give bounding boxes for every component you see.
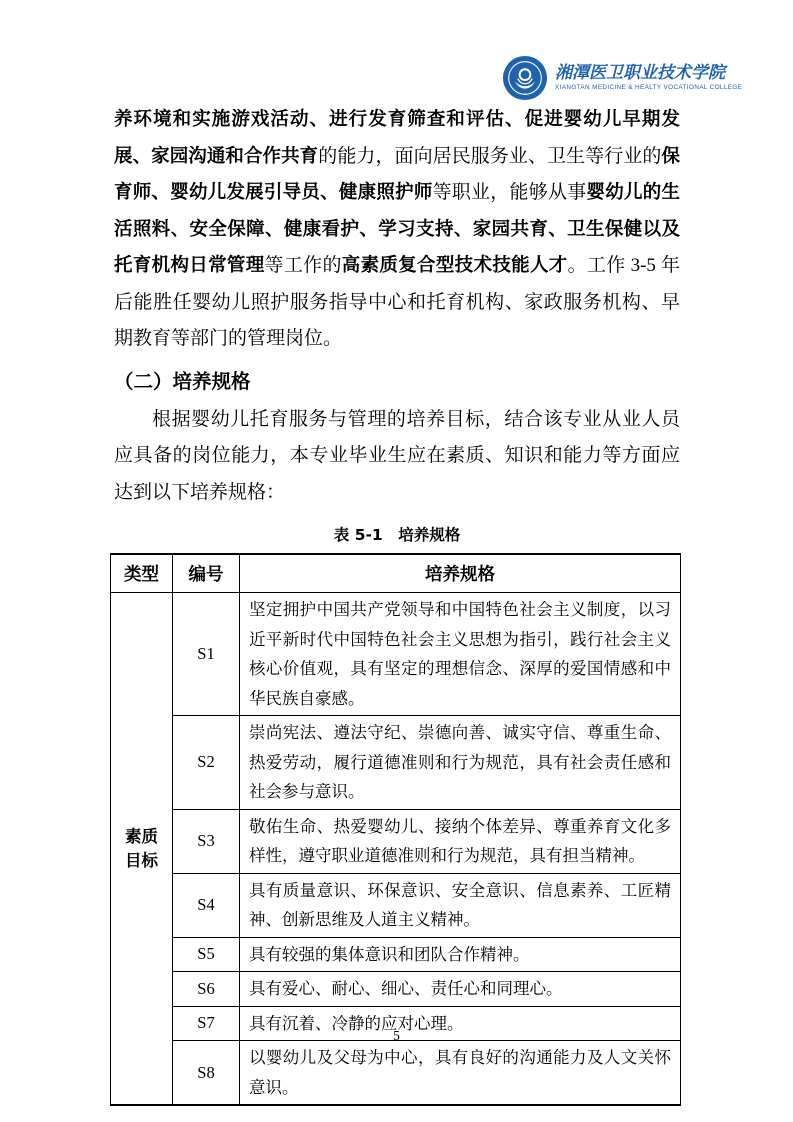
spec-code-cell: S5 [173, 937, 240, 972]
table-caption: 表 5-1 培养规格 [114, 523, 680, 545]
table-row: S6具有爱心、耐心、细心、责任心和同理心。 [111, 972, 681, 1007]
college-name-block: 湘潭医卫职业技术学院 XIANGTAN MEDICINE & HEALTY VO… [555, 65, 742, 92]
college-emblem-icon [502, 55, 548, 101]
specs-intro-paragraph: 根据婴幼儿托育服务与管理的培养目标，结合该专业从业人员应具备的岗位能力，本专业毕… [114, 402, 680, 512]
document-page: 湘潭医卫职业技术学院 XIANGTAN MEDICINE & HEALTY VO… [0, 0, 793, 1122]
college-name-zh: 湘潭医卫职业技术学院 [555, 65, 742, 83]
table-row: 素质目标S1坚定拥护中国共产党领导和中国特色社会主义制度，以习近平新时代中国特色… [111, 593, 681, 716]
college-logo: 湘潭医卫职业技术学院 XIANGTAN MEDICINE & HEALTY VO… [502, 55, 742, 101]
table-row: S3敬佑生命、热爱婴幼儿、接纳个体差异、尊重养育文化多样性，遵守职业道德准则和行… [111, 809, 681, 873]
spec-text-cell: 具有质量意识、环保意识、安全意识、信息素养、工匠精神、创新思维及人道主义精神。 [240, 873, 681, 937]
section-heading: （二）培养规格 [114, 366, 680, 398]
spec-code-cell: S4 [173, 873, 240, 937]
spec-text-cell: 坚定拥护中国共产党领导和中国特色社会主义制度，以习近平新时代中国特色社会主义思想… [240, 593, 681, 716]
table-header-row: 类型 编号 培养规格 [111, 554, 681, 593]
document-body: 养环境和实施游戏活动、进行发育筛查和评估、促进婴幼儿早期发展、家园沟通和合作共育… [114, 102, 680, 1106]
spec-text-cell: 具有较强的集体意识和团队合作精神。 [240, 937, 681, 972]
spec-text-cell: 以婴幼儿及父母为中心，具有良好的沟通能力及人文关怀意识。 [240, 1041, 681, 1106]
spec-text-cell: 崇尚宪法、遵法守纪、崇德向善、诚实守信、尊重生命、热爱劳动，履行道德准则和行为规… [240, 716, 681, 810]
spec-code-cell: S1 [173, 593, 240, 716]
column-header-type: 类型 [111, 554, 173, 593]
intro-paragraph: 养环境和实施游戏活动、进行发育筛查和评估、促进婴幼儿早期发展、家园沟通和合作共育… [114, 102, 680, 358]
table-row: S2崇尚宪法、遵法守纪、崇德向善、诚实守信、尊重生命、热爱劳动，履行道德准则和行… [111, 716, 681, 810]
text-segment: 等工作的 [265, 255, 342, 276]
spec-code-cell: S6 [173, 972, 240, 1007]
text-segment: 的能力，面向居民服务业、卫生等行业的 [318, 146, 661, 167]
column-header-code: 编号 [173, 554, 240, 593]
table-row: S5具有较强的集体意识和团队合作精神。 [111, 937, 681, 972]
spec-text-cell: 敬佑生命、热爱婴幼儿、接纳个体差异、尊重养育文化多样性，遵守职业道德准则和行为规… [240, 809, 681, 873]
spec-code-cell: S8 [173, 1041, 240, 1106]
column-header-spec: 培养规格 [240, 554, 681, 593]
table-row: S4具有质量意识、环保意识、安全意识、信息素养、工匠精神、创新思维及人道主义精神… [111, 873, 681, 937]
page-number: 5 [0, 1028, 793, 1044]
text-segment: 高素质复合型技术技能人才 [342, 255, 568, 276]
spec-code-cell: S3 [173, 809, 240, 873]
training-specs-table: 类型 编号 培养规格 素质目标S1坚定拥护中国共产党领导和中国特色社会主义制度，… [110, 553, 681, 1106]
text-segment: 等职业，能够从事 [433, 182, 587, 203]
spec-text-cell: 具有爱心、耐心、细心、责任心和同理心。 [240, 972, 681, 1007]
table-row: S8以婴幼儿及父母为中心，具有良好的沟通能力及人文关怀意识。 [111, 1041, 681, 1106]
college-name-en: XIANGTAN MEDICINE & HEALTY VOCATIONAL CO… [555, 85, 742, 92]
spec-code-cell: S2 [173, 716, 240, 810]
